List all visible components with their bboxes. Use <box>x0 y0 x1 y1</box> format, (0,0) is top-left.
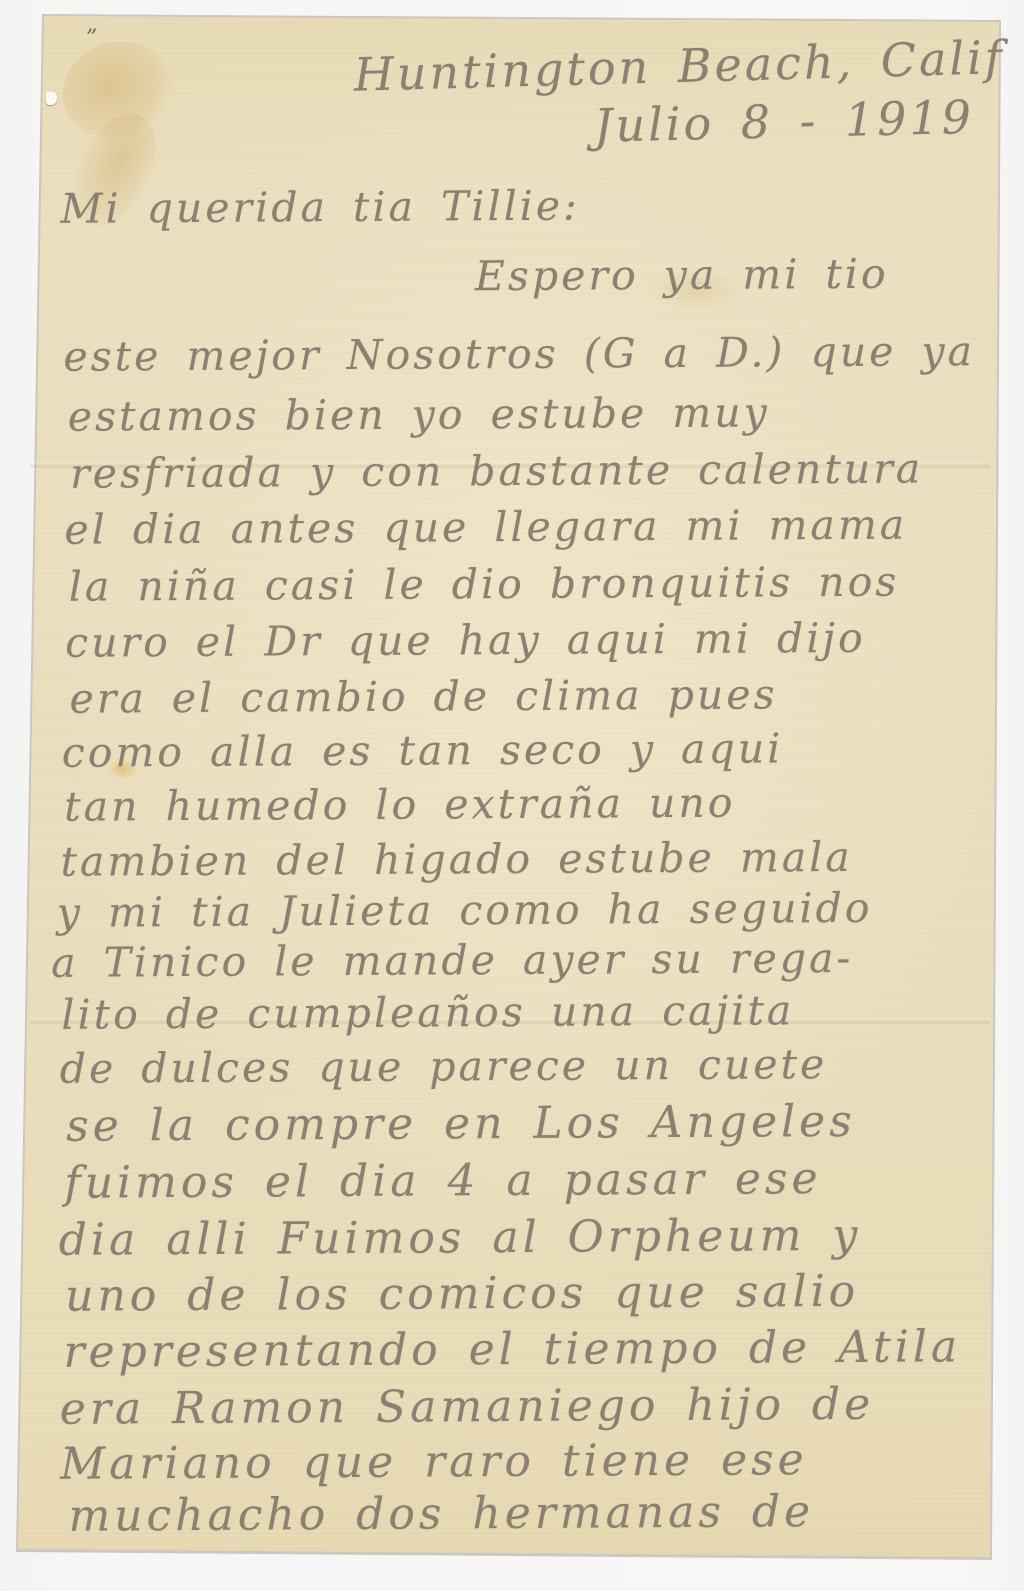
letter-line: dia alli Fuimos al Orpheum y <box>59 1210 862 1266</box>
letter-line: uno de los comicos que salio <box>65 1266 859 1322</box>
letter-line: el dia antes que llegara mi mama <box>64 501 907 554</box>
letter-line: era el cambio de clima pues <box>69 670 777 722</box>
letter-line: a Tinico le mande ayer su rega- <box>51 934 853 987</box>
salutation-line: Mi querida tia Tillie: <box>60 182 580 233</box>
letter-line: resfriada y con bastante calentura <box>70 444 923 497</box>
letter-line: y mi tia Julieta como ha seguido <box>57 884 873 937</box>
letter-line: de dulces que parece un cuete <box>60 1040 828 1093</box>
letterhead-date: Julio 8 - 1919 <box>593 90 974 153</box>
letter-line: muchacho dos hermanas de <box>68 1486 814 1542</box>
letter-line: la niña casi le dio bronquitis nos <box>69 558 900 611</box>
letter-line: lito de cumpleaños una cajita <box>61 986 794 1038</box>
letter-line: Espero ya mi tio <box>475 250 889 301</box>
letter-line: tambien del higado estube mala <box>60 833 853 886</box>
handwriting-layer: Huntington Beach, Calif Julio 8 - 1919 M… <box>0 0 1024 1591</box>
letter-line: Mariano que raro tiene ese <box>60 1434 808 1490</box>
letter-line: como alla es tan seco y aqui <box>62 724 784 776</box>
letter-line: fuimos el dia 4 a pasar ese <box>64 1153 821 1209</box>
letter-line: curo el Dr que hay aqui mi dijo <box>65 614 866 667</box>
letter-line: estamos bien yo estube muy <box>68 388 770 440</box>
letter-line: era Ramon Samaniego hijo de <box>60 1379 875 1435</box>
letter-line: este mejor Nosotros (G a D.) que ya <box>63 327 975 381</box>
letter-line: se la compre en Los Angeles <box>66 1096 856 1152</box>
letter-line: tan humedo lo extraña uno <box>64 779 736 831</box>
letter-line: representando el tiempo de Atila <box>63 1321 961 1377</box>
